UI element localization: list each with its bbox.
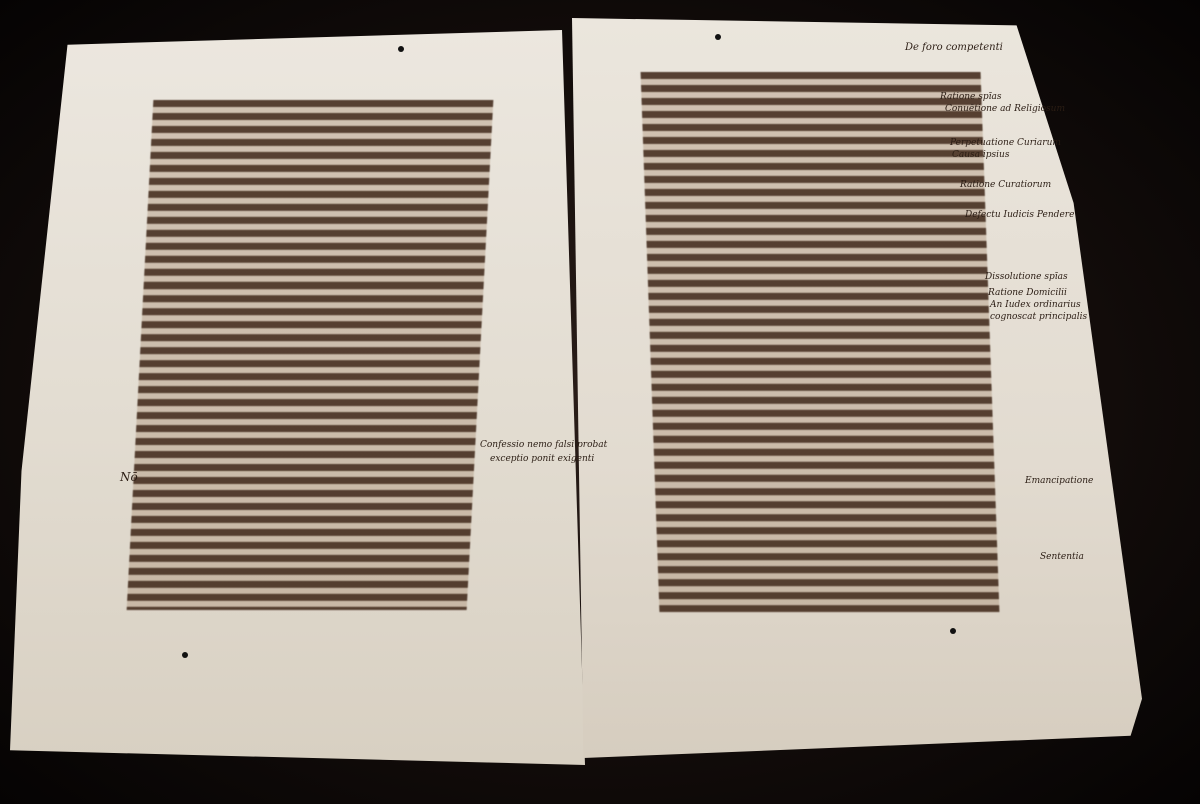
margin-note: Sententia <box>1040 552 1084 562</box>
margin-note: exceptio ponit exigenti <box>490 454 594 464</box>
margin-note: Perpetuatione Curiarum <box>950 138 1061 148</box>
margin-note: Ratione Curatiorum <box>960 180 1051 190</box>
margin-note: Conuētione ad Religiosum <box>945 104 1065 114</box>
margin-note: Ratione Domicilii <box>988 288 1067 298</box>
binding-hole <box>182 652 188 658</box>
margin-note: Causa ipsius <box>952 150 1009 160</box>
binding-hole <box>715 34 721 40</box>
binding-hole <box>950 628 956 634</box>
margin-note: Nō <box>120 470 138 484</box>
left-page-text-block <box>127 100 494 610</box>
margin-note: cognoscat principalis <box>990 312 1087 322</box>
margin-note: Emancipatione <box>1025 476 1093 486</box>
margin-note: An Iudex ordinarius <box>990 300 1081 310</box>
margin-note: Dissolutione spīas <box>985 272 1068 282</box>
margin-note: Ratione spīas <box>940 92 1002 102</box>
right-page-text-block <box>641 72 1000 612</box>
binding-hole <box>398 46 404 52</box>
page-header: De foro competenti <box>905 42 1003 53</box>
margin-note: Defectu Iudicis Pendere <box>965 210 1074 220</box>
margin-note: Confessio nemo falsi probat <box>480 440 607 450</box>
